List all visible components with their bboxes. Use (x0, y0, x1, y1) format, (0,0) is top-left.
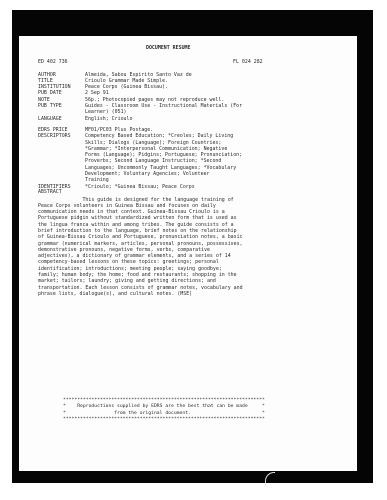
text-line: grammar (numerical markers, articles, pe… (38, 241, 243, 247)
text-line: ****************************************… (63, 417, 265, 424)
scanned-document: DOCUMENT RESUME ED 402 736 FL 024 282 AU… (0, 0, 387, 500)
field-value: English; Crioulo (85, 116, 132, 122)
text-line: * Reproductions supplied by EDRS are the… (63, 404, 265, 411)
fl-number: FL 024 282 (233, 59, 263, 65)
abstract-label: ABSTRACT (38, 189, 62, 195)
field-value: *Crioulo; *Guinea Bissau; Peace Corps (85, 184, 195, 190)
ed-number: ED 402 736 (38, 59, 68, 65)
text-line: Portuguese pidgin without standardized w… (38, 215, 243, 221)
abstract-text: This guide is designed for the language … (38, 197, 243, 298)
field-label: DESCRIPTORS (38, 133, 71, 139)
reproduction-notice-box: ****************************************… (63, 398, 265, 424)
text-line: competency-based lessons on these topics… (38, 259, 243, 265)
document-title: DOCUMENT RESUME (146, 45, 190, 51)
text-line: market; tailors; laundry; giving and get… (38, 278, 243, 284)
text-line: phrase lists, dialogue(s), and cultural … (38, 291, 243, 297)
text-line: This guide is designed for the language … (38, 197, 243, 203)
field-label: PUB TYPE (38, 103, 62, 109)
field-label: LANGUAGE (38, 116, 62, 122)
pen-mark (265, 472, 275, 485)
text-line: of Guinea-Bissau Crioulo and Portuguese,… (38, 234, 243, 240)
